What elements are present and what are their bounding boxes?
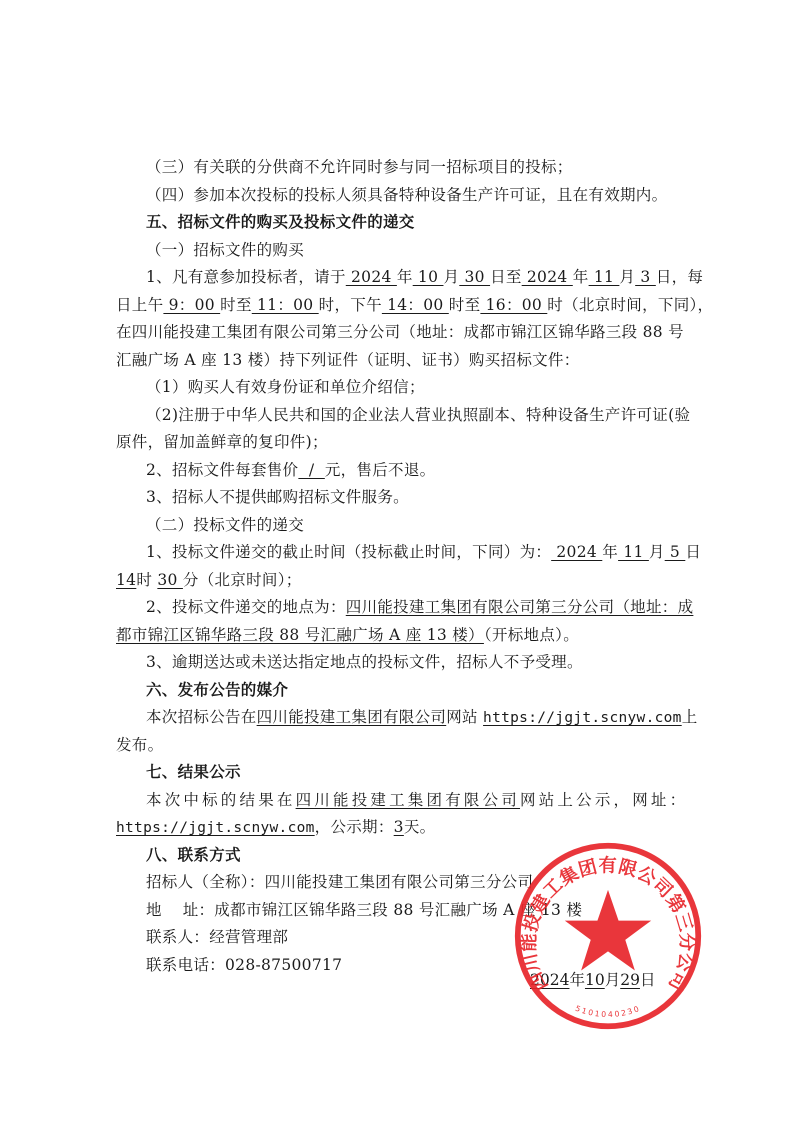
media-line-cont: 发布。 bbox=[116, 735, 682, 755]
end-month: 11 bbox=[589, 268, 620, 286]
start-month: 10 bbox=[413, 268, 444, 286]
text: 2、招标文件每套售价 bbox=[146, 461, 298, 479]
deadline-year: 2024 bbox=[551, 543, 602, 561]
clause-3: （三）有关联的分供商不允许同时参与同一招标项目的投标； bbox=[146, 157, 682, 177]
deadline-hour: 14 bbox=[116, 571, 136, 589]
text: （开标地点）。 bbox=[484, 626, 579, 644]
result-line-cont: https://jgjt.scnyw.com，公示期：3天。 bbox=[116, 817, 682, 838]
text: 月 bbox=[619, 268, 635, 286]
deadline-minute: 30 bbox=[157, 571, 183, 589]
location-line-cont: 都市锦江区锦华路三段 88 号汇融广场 A 座 13 楼）（开标地点）。 bbox=[116, 625, 682, 645]
no-mail-line: 3、招标人不提供邮购招标文件服务。 bbox=[146, 487, 682, 507]
subsection-purchase: （一）招标文件的购买 bbox=[146, 240, 682, 260]
text: 时至 bbox=[449, 296, 481, 314]
text: 时 bbox=[136, 571, 157, 589]
purchase-hours-line: 日上午 9：00 时至 11：00 时，下午 14：00 时至 16：00 时（… bbox=[116, 295, 682, 315]
result-url-link[interactable]: https://jgjt.scnyw.com bbox=[116, 820, 315, 836]
text: 月 bbox=[649, 543, 665, 561]
location-line: 2、投标文件递交的地点为：四川能投建工集团有限公司第三分公司（地址：成 bbox=[146, 597, 682, 617]
text: 年 bbox=[602, 543, 618, 561]
section-heading-7: 七、结果公示 bbox=[146, 762, 682, 782]
section-heading-5: 五、招标文件的购买及投标文件的递交 bbox=[146, 212, 682, 232]
text: 日，每 bbox=[656, 268, 703, 286]
notice-days: 3 bbox=[394, 818, 404, 836]
pm-start-time: 14：00 bbox=[382, 296, 449, 314]
price-line: 2、招标文件每套售价 / 元，售后不退。 bbox=[146, 460, 682, 480]
purchase-address-line: 在四川能投建工集团有限公司第三分公司（地址：成都市锦江区锦华路三段 88 号 bbox=[116, 322, 682, 342]
media-org: 四川能投建工集团有限公司 bbox=[257, 708, 447, 726]
end-year: 2024 bbox=[522, 268, 573, 286]
text: 时（北京时间，下同）， bbox=[547, 296, 713, 314]
result-line: 本次中标的结果在四川能投建工集团有限公司网站上公示，网址： bbox=[146, 790, 682, 810]
text: 日至 bbox=[490, 268, 522, 286]
text: 2、投标文件递交的地点为： bbox=[146, 598, 346, 616]
text: 1、投标文件递交的截止时间（投标截止时间，下同）为： bbox=[146, 543, 551, 561]
price-value: / bbox=[298, 461, 324, 479]
text: 1、凡有意参加投标者，请于 bbox=[146, 268, 346, 286]
late-submission-line: 3、逾期送达或未送达指定地点的投标文件，招标人不予受理。 bbox=[146, 652, 682, 672]
required-doc-2-cont: 原件，留加盖鲜章的复印件)； bbox=[116, 432, 682, 452]
subsection-submission: （二）投标文件的递交 bbox=[146, 515, 682, 535]
text: ，公示期： bbox=[315, 818, 394, 836]
deadline-line: 1、投标文件递交的截止时间（投标截止时间，下同）为： 2024 年 11 月 5… bbox=[146, 542, 682, 562]
text: 日 bbox=[685, 543, 701, 561]
location-address: 四川能投建工集团有限公司第三分公司（地址：成 bbox=[346, 598, 694, 616]
am-end-time: 11：00 bbox=[252, 296, 319, 314]
purchase-documents-line: 汇融广场 A 座 13 楼）持下列证件（证明、证书）购买招标文件： bbox=[116, 350, 682, 370]
text: 上 bbox=[682, 708, 698, 726]
end-day: 3 bbox=[635, 268, 656, 286]
text: 天。 bbox=[404, 818, 436, 836]
text: 本次招标公告在 bbox=[146, 708, 257, 726]
deadline-month: 11 bbox=[618, 543, 649, 561]
am-start-time: 9：00 bbox=[163, 296, 220, 314]
text: 本次中标的结果在 bbox=[146, 791, 296, 809]
deadline-time-line: 14时 30 分（北京时间）； bbox=[116, 570, 682, 590]
required-doc-2: （2)注册于中华人民共和国的企业法人营业执照副本、特种设备生产许可证(验 bbox=[146, 405, 682, 425]
text: 年 bbox=[397, 268, 413, 286]
start-day: 30 bbox=[459, 268, 490, 286]
svg-text:5101040230: 5101040230 bbox=[574, 1004, 642, 1019]
location-address-cont: 都市锦江区锦华路三段 88 号汇融广场 A 座 13 楼） bbox=[116, 626, 484, 644]
text: 网站 bbox=[446, 708, 483, 726]
result-org: 四川能投建工集团有限公司 bbox=[296, 791, 520, 809]
deadline-day: 5 bbox=[665, 543, 686, 561]
purchase-period-line: 1、凡有意参加投标者，请于 2024 年 10 月 30 日至 2024 年 1… bbox=[146, 267, 682, 287]
text: 网站上公示，网址： bbox=[520, 791, 688, 809]
text: 元，售后不退。 bbox=[325, 461, 436, 479]
company-seal-icon: 四川能投建工集团有限公司第三分公司 5101040230 bbox=[512, 840, 704, 1032]
text: 分（北京时间）； bbox=[183, 571, 302, 589]
media-url-link[interactable]: https://jgjt.scnyw.com bbox=[483, 710, 682, 726]
required-doc-1: （1）购买人有效身份证和单位介绍信； bbox=[146, 377, 682, 397]
text: 月 bbox=[443, 268, 459, 286]
section-heading-6: 六、发布公告的媒介 bbox=[146, 680, 682, 700]
pm-end-time: 16：00 bbox=[480, 296, 547, 314]
clause-4: （四）参加本次投标的投标人须具备特种设备生产许可证，且在有效期内。 bbox=[146, 185, 682, 205]
text: 日上午 bbox=[116, 296, 163, 314]
text: 年 bbox=[573, 268, 589, 286]
text: 时，下午 bbox=[319, 296, 382, 314]
document-page: （三）有关联的分供商不允许同时参与同一招标项目的投标； （四）参加本次投标的投标… bbox=[0, 0, 800, 1131]
text: 时至 bbox=[220, 296, 252, 314]
start-year: 2024 bbox=[346, 268, 397, 286]
media-line: 本次招标公告在四川能投建工集团有限公司网站 https://jgjt.scnyw… bbox=[146, 707, 682, 728]
